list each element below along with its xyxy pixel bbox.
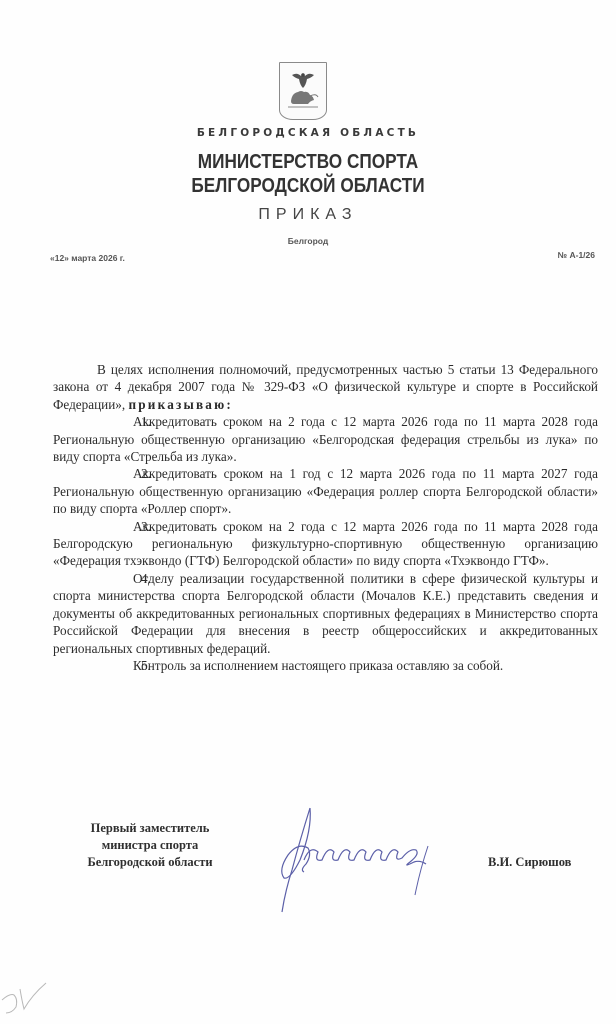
document-date: «12» марта 2026 г. (50, 253, 125, 263)
initials-mark-icon (0, 975, 60, 1020)
order-item: 2.Аккредитовать сроком на 1 год с 12 мар… (53, 465, 598, 517)
order-item: 5.Контроль за исполнением настоящего при… (53, 657, 598, 674)
region-heading: БЕЛГОРОДСКАЯ ОБЛАСТЬ (0, 127, 616, 139)
order-item: 3.Аккредитовать сроком на 2 года с 12 ма… (53, 518, 598, 570)
document-body: В целях исполнения полномочий, предусмот… (53, 361, 598, 674)
document-type: ПРИКАЗ (0, 206, 616, 224)
handwritten-signature-icon (270, 800, 470, 915)
signatory-name: В.И. Сирюшов (488, 855, 571, 870)
signatory-position: Первый заместитель министра спорта Белго… (70, 820, 230, 871)
order-keyword: приказываю: (128, 397, 233, 412)
ministry-title-line1: МИНИСТЕРСТВО СПОРТА (43, 151, 573, 174)
city: Белгород (0, 236, 616, 246)
document-number: № А-1/26 (558, 250, 595, 260)
document-page: БЕЛГОРОДСКАЯ ОБЛАСТЬ МИНИСТЕРСТВО СПОРТА… (0, 0, 616, 1024)
coat-of-arms-icon (279, 62, 327, 120)
order-item: 1.Аккредитовать сроком на 2 года с 12 ма… (53, 413, 598, 465)
order-item: 4.Отделу реализации государственной поли… (53, 570, 598, 657)
preamble: В целях исполнения полномочий, предусмот… (53, 361, 598, 413)
ministry-title-line2: БЕЛГОРОДСКОЙ ОБЛАСТИ (43, 175, 573, 198)
